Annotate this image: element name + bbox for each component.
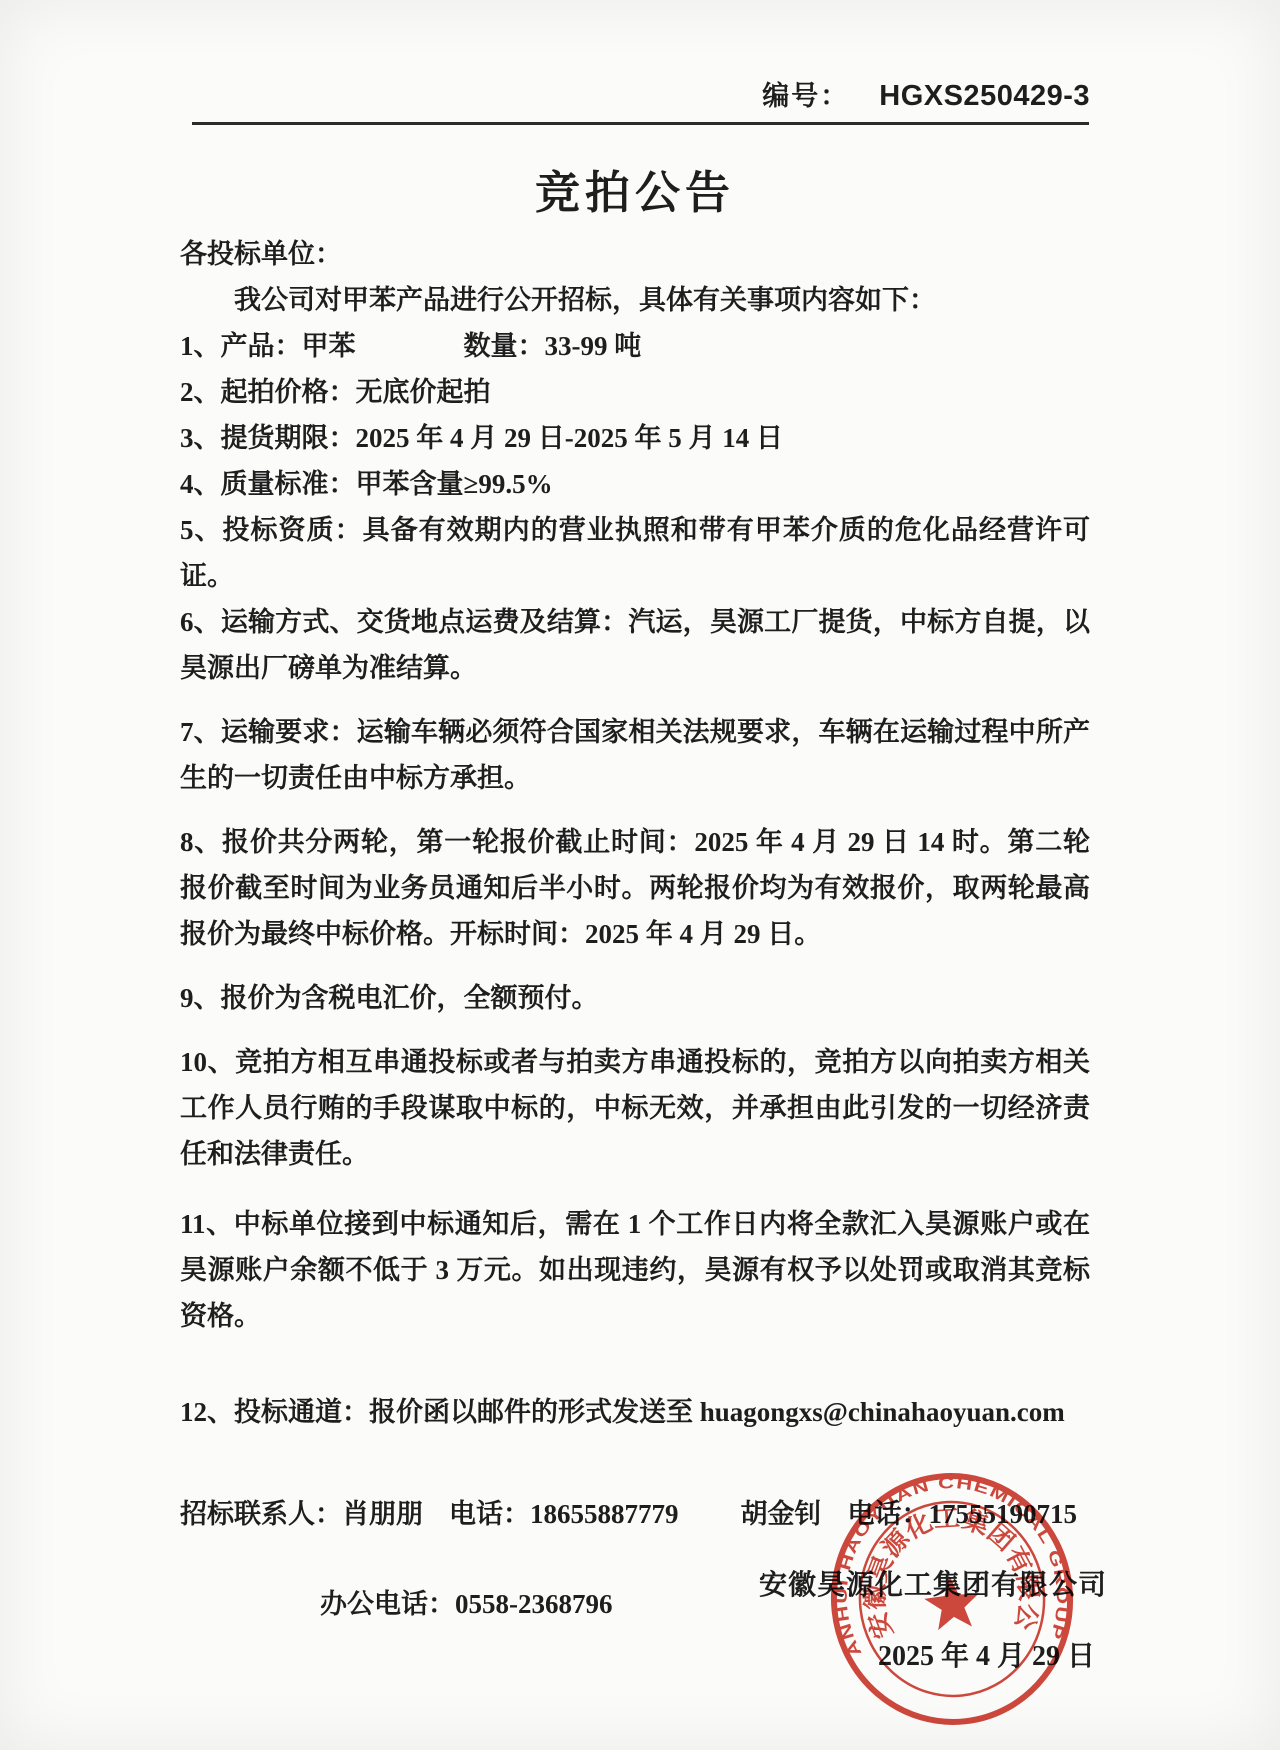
company-seal-stamp: ANHUI HAOYUAN CHEMICAL GROUP CO.,LTD 安徽昊… xyxy=(828,1470,1076,1728)
salutation: 各投标单位： xyxy=(180,231,1090,277)
doc-number-value: HGXS250429-3 xyxy=(879,80,1090,112)
contact1-phone-label: 电话： xyxy=(449,1499,530,1529)
page-title: 竞拍公告 xyxy=(180,165,1090,221)
item-3: 3、提货期限：2025 年 4 月 29 日-2025 年 5 月 14 日 xyxy=(180,415,1090,461)
doc-number-label: 编号： xyxy=(762,81,849,111)
header-rule xyxy=(192,122,1089,125)
contact-label: 招标联系人： xyxy=(180,1499,342,1529)
item-12: 12、投标通道：报价函以邮件的形式发送至 huagongxs@chinahaoy… xyxy=(180,1389,1090,1435)
item-7: 7、运输要求：运输车辆必须符合国家相关法规要求，车辆在运输过程中所产生的一切责任… xyxy=(180,709,1090,801)
item-11: 11、中标单位接到中标通知后，需在 1 个工作日内将全款汇入昊源账户或在昊源账户… xyxy=(180,1201,1090,1339)
document-body: 各投标单位： 我公司对甲苯产品进行公开招标，具体有关事项内容如下： 1、产品：甲… xyxy=(180,231,1090,1435)
item-4: 4、质量标准：甲苯含量≥99.5% xyxy=(180,461,1090,507)
item-10: 10、竞拍方相互串通投标或者与拍卖方串通投标的，竞拍方以向拍卖方相关工作人员行贿… xyxy=(180,1039,1090,1177)
contact1-name: 肖朋朋 xyxy=(342,1499,423,1529)
item-8: 8、报价共分两轮，第一轮报价截止时间：2025 年 4 月 29 日 14 时。… xyxy=(180,819,1090,957)
item-1: 1、产品：甲苯 数量：33-99 吨 xyxy=(180,323,1090,369)
item-2: 2、起拍价格：无底价起拍 xyxy=(180,369,1090,415)
contact2-name: 胡金钊 xyxy=(741,1499,822,1529)
office-phone-value: 0558-2368796 xyxy=(455,1589,613,1619)
doc-number-row: 编号：HGXS250429-3 xyxy=(180,0,1090,113)
contact1-phone: 18655887779 xyxy=(530,1499,679,1529)
item-9: 9、报价为含税电汇价，全额预付。 xyxy=(180,975,1090,1021)
item-5: 5、投标资质：具备有效期内的营业执照和带有甲苯介质的危化品经营许可证。 xyxy=(180,507,1090,599)
auction-notice-document: 编号：HGXS250429-3 竞拍公告 各投标单位： 我公司对甲苯产品进行公开… xyxy=(0,0,1280,1750)
item-6: 6、运输方式、交货地点运费及结算：汽运，昊源工厂提货，中标方自提，以昊源出厂磅单… xyxy=(180,599,1090,691)
intro-paragraph: 我公司对甲苯产品进行公开招标，具体有关事项内容如下： xyxy=(180,277,1090,323)
stamp-star-icon xyxy=(922,1573,982,1631)
office-phone-label: 办公电话： xyxy=(320,1589,455,1619)
